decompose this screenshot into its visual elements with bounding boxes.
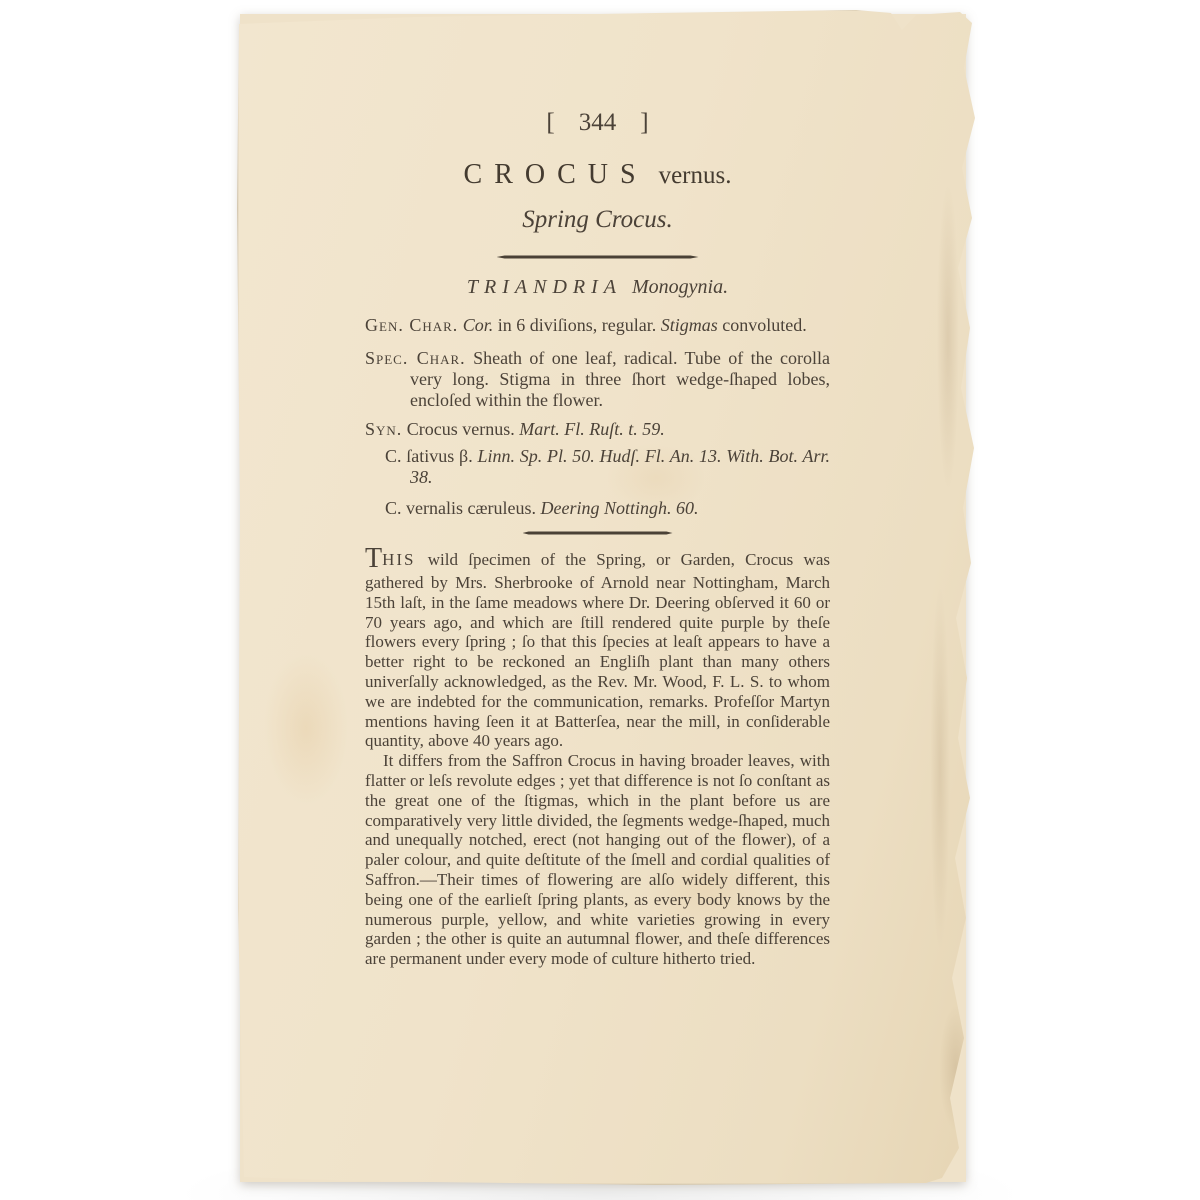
classification-suborder: Monogynia.	[632, 276, 728, 298]
synonym-entry-3: C. vernalis cæruleus. Deering Nottingh. …	[385, 498, 830, 519]
gen-char-term: Cor.	[463, 315, 494, 335]
body-paragraph-1: THIS wild ſpecimen of the Spring, or Gar…	[365, 545, 830, 751]
paragraph-1-text: wild ſpecimen of the Spring, or Garden, …	[365, 550, 830, 750]
book-page: [ 344 ] CROCUS vernus. Spring Crocus. TR…	[236, 8, 976, 1186]
classification-line: TRIANDRIAMonogynia.	[365, 275, 830, 299]
title-genus: CROCUS	[464, 159, 648, 190]
gen-char-text-2: convoluted.	[718, 315, 807, 335]
page-number-value: 344	[579, 108, 617, 138]
page-number-bracket-right: ]	[640, 108, 648, 138]
synonym-entry-2: C. ſativus β. Linn. Sp. Pl. 50. Hudſ. Fl…	[385, 446, 830, 488]
specific-character-block: Spec. Char. Sheath of one leaf, radical.…	[365, 348, 830, 411]
divider-rule-middle	[523, 531, 673, 535]
classification-order: TRIANDRIA	[467, 276, 622, 298]
synonyms-block: Syn. Crocus vernus. Mart. Fl. Ruſt. t. 5…	[365, 419, 830, 519]
gen-char-term-2: Stigmas	[661, 315, 718, 335]
syn-3-reference: Deering Nottingh. 60.	[540, 498, 698, 518]
paragraph-initial-cap: T	[365, 543, 382, 574]
divider-rule-top	[497, 255, 699, 259]
page-content: [ 344 ] CROCUS vernus. Spring Crocus. TR…	[236, 108, 976, 969]
page-subtitle: Spring Crocus.	[365, 205, 830, 235]
page-title: CROCUS vernus.	[365, 158, 830, 193]
page-number-bracket-left: [	[546, 108, 554, 138]
syn-2-name: C. ſativus β.	[385, 446, 477, 466]
gen-char-text-1: in 6 diviſions, regular.	[493, 315, 660, 335]
scan-background: [ 344 ] CROCUS vernus. Spring Crocus. TR…	[0, 0, 1200, 1200]
syn-1-reference: Mart. Fl. Ruſt. t. 59.	[519, 419, 665, 439]
title-species: vernus.	[659, 162, 732, 189]
syn-label: Syn.	[365, 419, 402, 439]
spec-char-text: Sheath of one leaf, radical. Tube of the…	[410, 348, 830, 410]
page-number: [ 344 ]	[365, 108, 830, 138]
syn-1-name: Crocus vernus.	[407, 419, 519, 439]
generic-character-block: Gen. Char. Cor. in 6 diviſions, regular.…	[365, 315, 830, 336]
synonym-entry-1: Syn. Crocus vernus. Mart. Fl. Ruſt. t. 5…	[365, 419, 830, 440]
gen-char-label: Gen. Char.	[365, 315, 458, 335]
syn-3-name: C. vernalis cæruleus.	[385, 498, 540, 518]
spec-char-label: Spec. Char.	[365, 348, 466, 368]
body-paragraph-2: It differs from the Saffron Crocus in ha…	[365, 751, 830, 969]
paragraph-lead-caps: HIS	[382, 550, 415, 569]
